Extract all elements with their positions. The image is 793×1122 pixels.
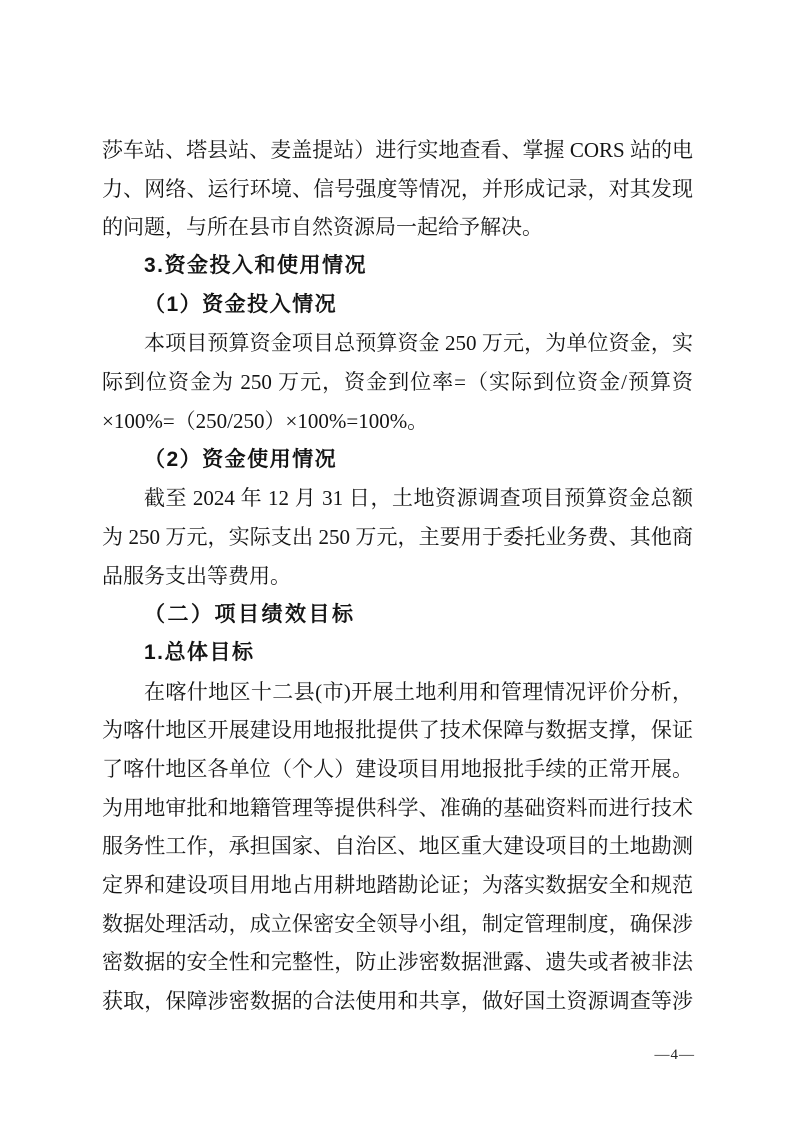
sub-heading-funding-usage: （2）资金使用情况 xyxy=(102,441,693,480)
text-line: 莎车站、塔县站、麦盖提站）进行实地查看、掌握 CORS 站的电 xyxy=(102,131,693,170)
page-number: —4— xyxy=(655,1047,696,1064)
paragraph: 本项目预算资金项目总预算资金 250 万元，为单位资金，实 际到位资金为 250… xyxy=(102,324,693,440)
paragraph: 截至 2024 年 12 月 31 日，土地资源调查项目预算资金总额 为 250… xyxy=(102,479,693,595)
text-line: 的问题，与所在县市自然资源局一起给予解决。 xyxy=(102,208,693,247)
text-line: 际到位资金为 250 万元，资金到位率=（实际到位资金/预算资金） xyxy=(102,363,693,402)
text-line: 在喀什地区十二县(市)开展土地利用和管理情况评价分析， xyxy=(102,673,693,712)
text-line: 本项目预算资金项目总预算资金 250 万元，为单位资金，实 xyxy=(102,324,693,363)
text-line: 服务性工作，承担国家、自治区、地区重大建设项目的土地勘测 xyxy=(102,827,693,866)
section-heading-performance-goals: （二）项目绩效目标 xyxy=(102,595,693,634)
heading-line: 1.总体目标 xyxy=(102,634,693,673)
sub-heading-overall-goal: 1.总体目标 xyxy=(102,634,693,673)
text-line: 截至 2024 年 12 月 31 日，土地资源调查项目预算资金总额 xyxy=(102,479,693,518)
heading-line: （二）项目绩效目标 xyxy=(102,595,693,634)
text-line: ×100%=（250/250）×100%=100%。 xyxy=(102,402,693,441)
document-page: 莎车站、塔县站、麦盖提站）进行实地查看、掌握 CORS 站的电 力、网络、运行环… xyxy=(0,0,793,1122)
text-line: 获取，保障涉密数据的合法使用和共享，做好国土资源调查等涉 xyxy=(102,982,693,1021)
paragraph: 在喀什地区十二县(市)开展土地利用和管理情况评价分析， 为喀什地区开展建设用地报… xyxy=(102,673,693,1021)
heading-line: 3.资金投入和使用情况 xyxy=(102,247,693,286)
text-line: 定界和建设项目用地占用耕地踏勘论证；为落实数据安全和规范 xyxy=(102,866,693,905)
text-line: 为用地审批和地籍管理等提供科学、准确的基础资料而进行技术 xyxy=(102,789,693,828)
text-line: 力、网络、运行环境、信号强度等情况，并形成记录，对其发现 xyxy=(102,170,693,209)
paragraph: 莎车站、塔县站、麦盖提站）进行实地查看、掌握 CORS 站的电 力、网络、运行环… xyxy=(102,131,693,247)
heading-line: （2）资金使用情况 xyxy=(102,441,693,480)
text-line: 为喀什地区开展建设用地报批提供了技术保障与数据支撑，保证 xyxy=(102,711,693,750)
text-line: 密数据的安全性和完整性，防止涉密数据泄露、遗失或者被非法 xyxy=(102,943,693,982)
text-line: 品服务支出等费用。 xyxy=(102,557,693,596)
section-heading-funding: 3.资金投入和使用情况 xyxy=(102,247,693,286)
sub-heading-funding-input: （1）资金投入情况 xyxy=(102,286,693,325)
text-line: 数据处理活动，成立保密安全领导小组，制定管理制度，确保涉 xyxy=(102,905,693,944)
document-body: 莎车站、塔县站、麦盖提站）进行实地查看、掌握 CORS 站的电 力、网络、运行环… xyxy=(102,131,693,1021)
heading-line: （1）资金投入情况 xyxy=(102,286,693,325)
text-line: 为 250 万元，实际支出 250 万元，主要用于委托业务费、其他商 xyxy=(102,518,693,557)
text-line: 了喀什地区各单位（个人）建设项目用地报批手续的正常开展。 xyxy=(102,750,693,789)
